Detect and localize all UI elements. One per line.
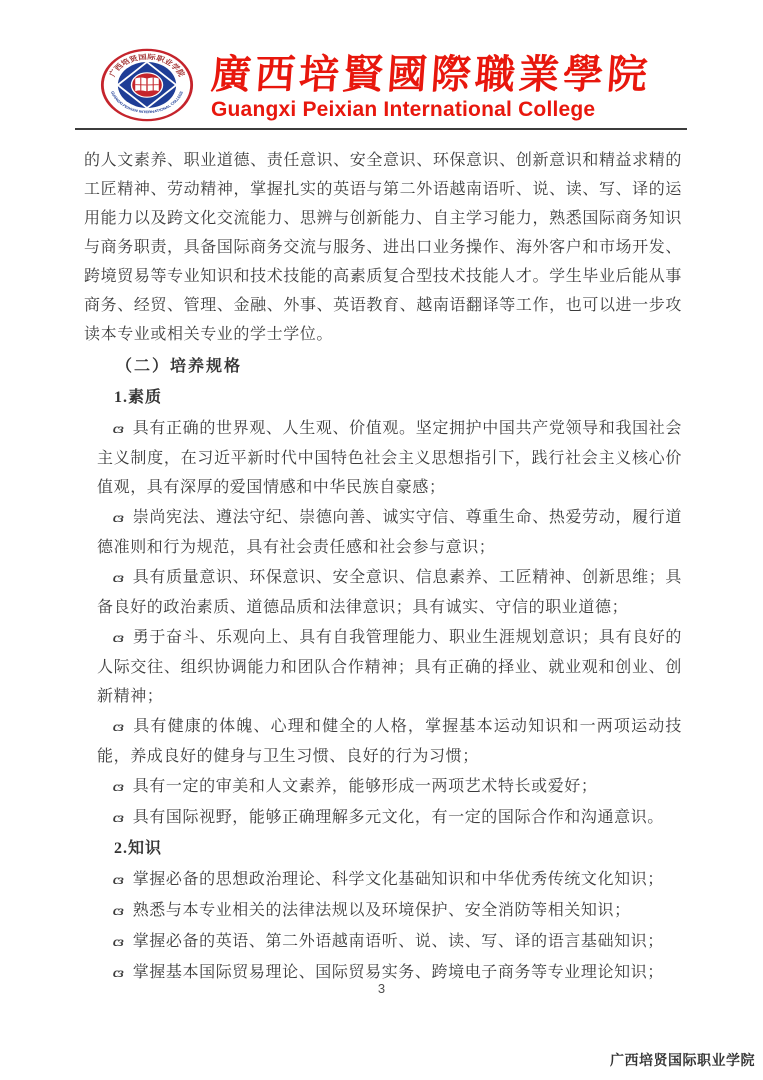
list-item-text: 熟悉与本专业相关的法律法规以及环境保护、安全消防等相关知识； bbox=[133, 902, 631, 919]
list-bullet-icon: cз bbox=[113, 966, 123, 981]
list-item: cз崇尚宪法、遵法守纪、崇德向善、诚实守信、尊重生命、热爱劳动，履行道德准则和行… bbox=[84, 503, 682, 562]
list-bullet-icon: cз bbox=[113, 873, 123, 888]
college-name-zh: 廣西培賢國際職業學院 bbox=[209, 52, 682, 98]
list-item-text: 掌握必备的英语、第二外语越南语听、说、读、写、译的语言基础知识； bbox=[133, 933, 664, 950]
list-bullet-icon: cз bbox=[113, 631, 123, 646]
list-item-text: 具有正确的世界观、人生观、价值观。坚定拥护中国共产党领导和我国社会主义制度，在习… bbox=[97, 420, 682, 496]
list-bullet-icon: cз bbox=[113, 935, 123, 950]
intro-paragraph: 的人文素养、职业道德、责任意识、安全意识、环保意识、创新意识和精益求精的工匠精神… bbox=[84, 146, 682, 349]
list-bullet-icon: cз bbox=[113, 780, 123, 795]
list-bullet-icon: cз bbox=[113, 904, 123, 919]
letterhead-titles: 廣西培賢國際職業學院 Guangxi Peixian International… bbox=[211, 52, 681, 122]
section-heading: （二）培养规格 bbox=[116, 352, 682, 382]
list-item: cз具有正确的世界观、人生观、价值观。坚定拥护中国共产党领导和我国社会主义制度，… bbox=[84, 414, 682, 502]
list-item-text: 勇于奋斗、乐观向上、具有自我管理能力、职业生涯规划意识；具有良好的人际交往、组织… bbox=[97, 629, 682, 705]
list-item-text: 具有国际视野，能够正确理解多元文化，有一定的国际合作和沟通意识。 bbox=[133, 809, 664, 826]
list-bullet-icon: cз bbox=[113, 511, 123, 526]
page-number: 3 bbox=[0, 981, 763, 996]
list-item-text: 具有一定的审美和人文素养，能够形成一两项艺术特长或爱好； bbox=[133, 778, 598, 795]
list-bullet-icon: cз bbox=[113, 571, 123, 586]
header-divider bbox=[75, 128, 687, 130]
list-item-text: 崇尚宪法、遵法守纪、崇德向善、诚实守信、尊重生命、热爱劳动，履行道德准则和行为规… bbox=[97, 509, 682, 556]
footer-college-name: 广西培贤国际职业学院 bbox=[610, 1050, 755, 1070]
document-page: 广西培贤国际职业学院 GUANGXI PEIXIAN INTERNATIONAL… bbox=[0, 0, 763, 1080]
list-bullet-icon: cз bbox=[113, 422, 123, 437]
subsection-heading: 2.知识 bbox=[114, 834, 682, 864]
college-logo: 广西培贤国际职业学院 GUANGXI PEIXIAN INTERNATIONAL… bbox=[100, 48, 194, 122]
list-item: cз勇于奋斗、乐观向上、具有自我管理能力、职业生涯规划意识；具有良好的人际交往、… bbox=[84, 623, 682, 711]
list-item: cз具有质量意识、环保意识、安全意识、信息素养、工匠精神、创新思维；具备良好的政… bbox=[84, 563, 682, 622]
list-bullet-icon: cз bbox=[113, 811, 123, 826]
subsection-heading: 1.素质 bbox=[114, 383, 682, 413]
list-item: cз具有健康的体魄、心理和健全的人格，掌握基本运动知识和一两项运动技能，养成良好… bbox=[84, 712, 682, 771]
list-bullet-icon: cз bbox=[113, 720, 123, 735]
list-item: cз掌握必备的思想政治理论、科学文化基础知识和中华优秀传统文化知识； bbox=[84, 865, 682, 895]
list-item: cз掌握必备的英语、第二外语越南语听、说、读、写、译的语言基础知识； bbox=[84, 927, 682, 957]
list-item: cз具有国际视野，能够正确理解多元文化，有一定的国际合作和沟通意识。 bbox=[84, 803, 682, 833]
list-item: cз熟悉与本专业相关的法律法规以及环境保护、安全消防等相关知识； bbox=[84, 896, 682, 926]
subsections-container: 1.素质cз具有正确的世界观、人生观、价值观。坚定拥护中国共产党领导和我国社会主… bbox=[84, 383, 682, 988]
list-item-text: 掌握必备的思想政治理论、科学文化基础知识和中华优秀传统文化知识； bbox=[133, 871, 664, 888]
document-body: 的人文素养、职业道德、责任意识、安全意识、环保意识、创新意识和精益求精的工匠精神… bbox=[84, 146, 682, 989]
list-item-text: 具有质量意识、环保意识、安全意识、信息素养、工匠精神、创新思维；具备良好的政治素… bbox=[97, 569, 682, 616]
list-item-text: 掌握基本国际贸易理论、国际贸易实务、跨境电子商务等专业理论知识； bbox=[133, 964, 664, 981]
list-item-text: 具有健康的体魄、心理和健全的人格，掌握基本运动知识和一两项运动技能，养成良好的健… bbox=[97, 718, 682, 765]
list-item: cз具有一定的审美和人文素养，能够形成一两项艺术特长或爱好； bbox=[84, 772, 682, 802]
college-name-en: Guangxi Peixian International College bbox=[211, 98, 681, 122]
college-emblem-icon: 广西培贤国际职业学院 GUANGXI PEIXIAN INTERNATIONAL… bbox=[100, 48, 194, 122]
